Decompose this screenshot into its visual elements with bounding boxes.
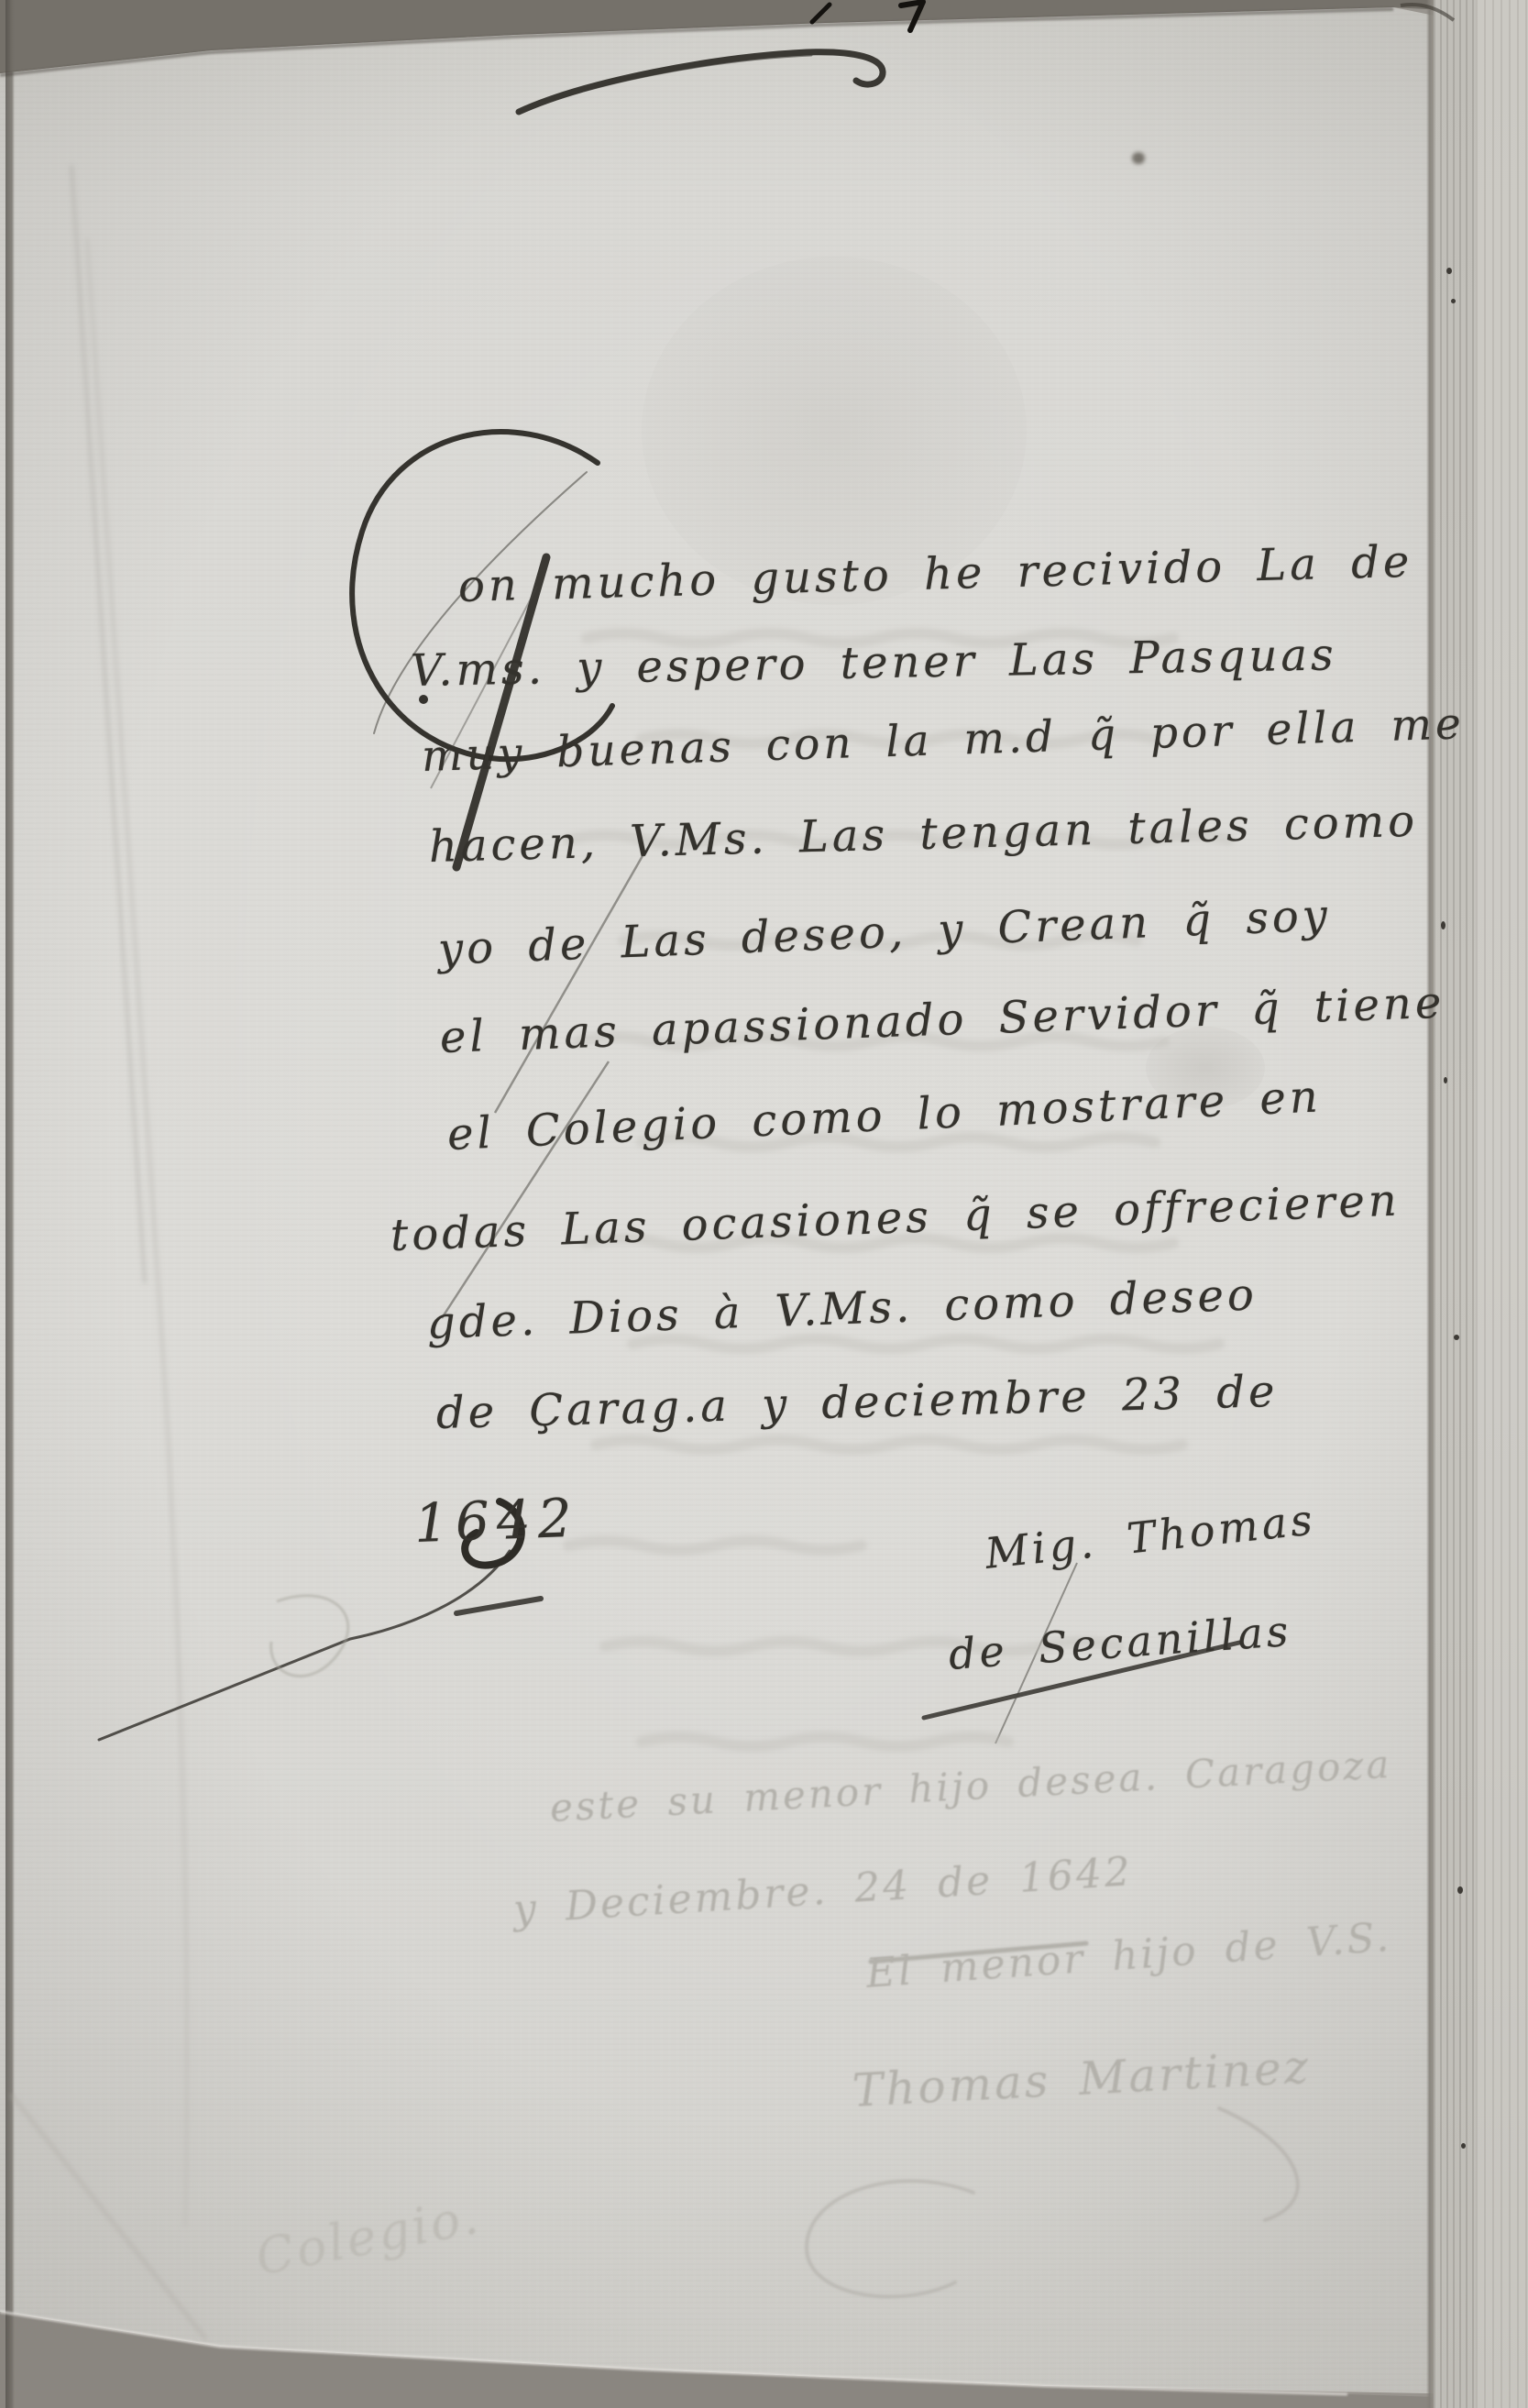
edge-speck — [1446, 268, 1452, 274]
binding-gutter-shadow — [5, 0, 15, 2408]
manuscript-line-date-year: 1642 — [413, 1487, 580, 1555]
page-fold-line — [1426, 0, 1434, 2408]
edge-speck — [1457, 1886, 1463, 1894]
book-fore-edge-inner — [1434, 0, 1476, 2408]
edge-speck — [1451, 299, 1456, 303]
edge-speck — [1441, 921, 1446, 929]
edge-speck — [1461, 2143, 1466, 2149]
manuscript-scan: C on mucho gusto he recivido La de V.ms.… — [0, 0, 1528, 2408]
ink-blot — [1132, 152, 1145, 164]
edge-speck — [1444, 1077, 1447, 1083]
edge-speck — [1454, 1335, 1459, 1340]
book-fore-edge-outer — [1476, 0, 1528, 2408]
